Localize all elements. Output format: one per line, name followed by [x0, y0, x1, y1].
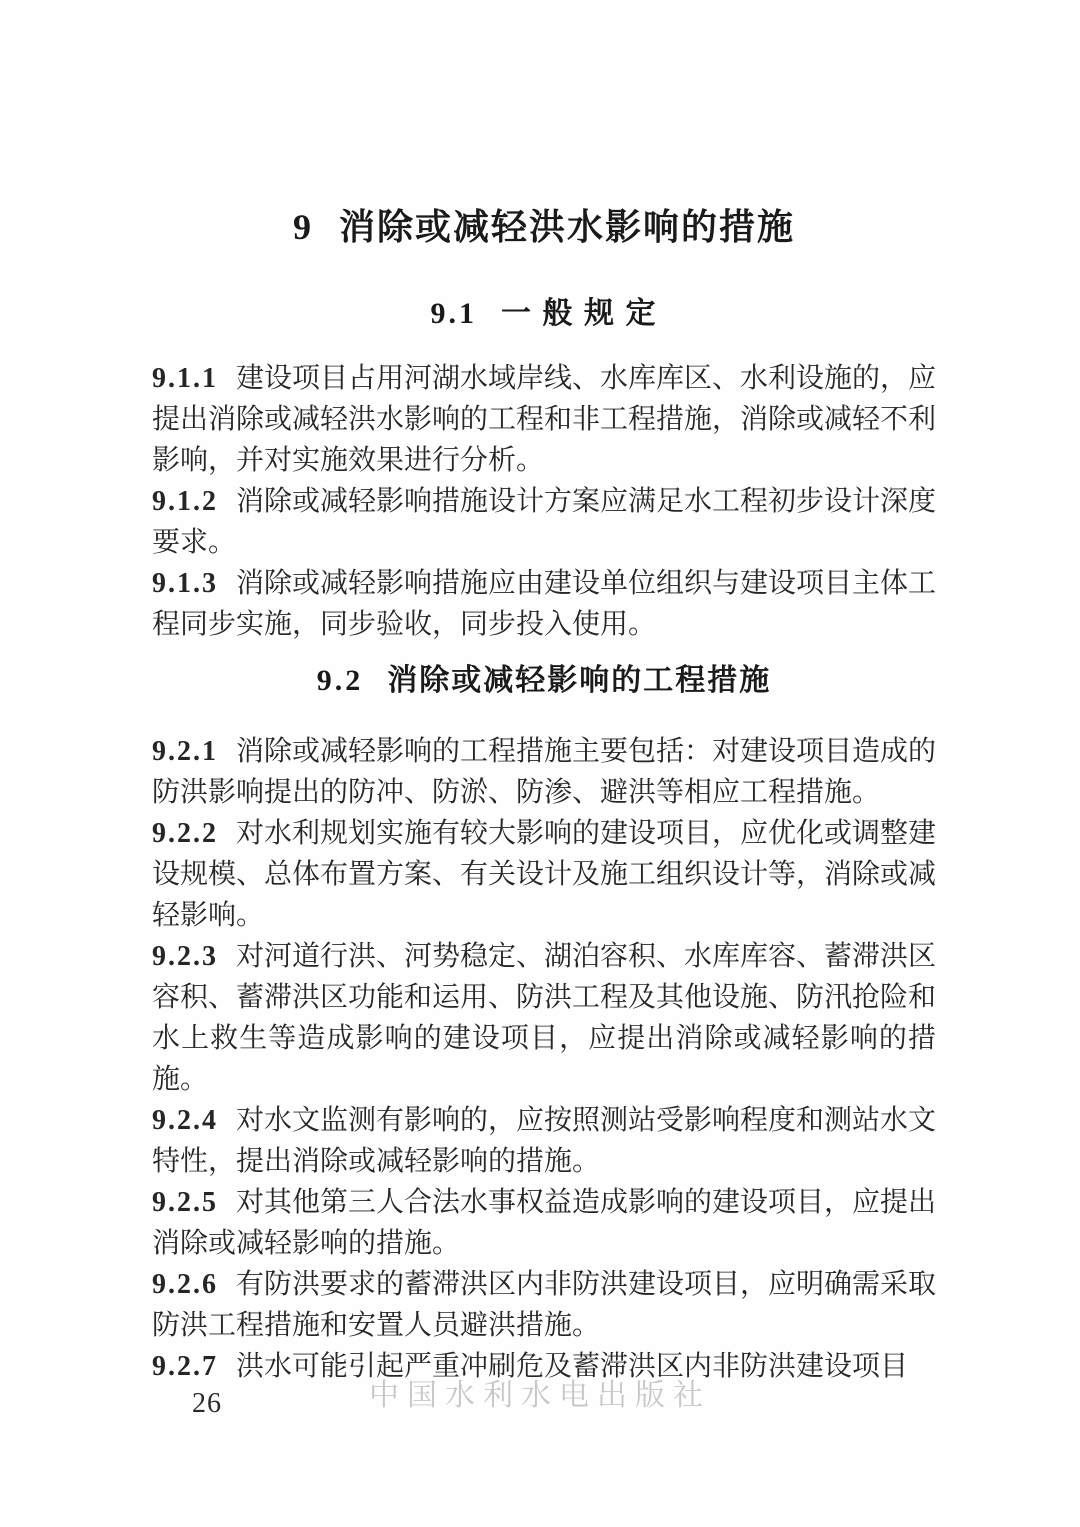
clause-number: 9.1.2	[152, 486, 218, 517]
clause-9-1-3: 9.1.3消除或减轻影响措施应由建设单位组织与建设项目主体工程同步实施，同步验收…	[152, 563, 936, 645]
clause-number: 9.2.5	[152, 1187, 218, 1218]
section-title-text: 一 般 规 定	[501, 297, 658, 330]
chapter-title: 9消除或减轻洪水影响的措施	[152, 202, 936, 252]
clause-9-2-3: 9.2.3对河道行洪、河势稳定、湖泊容积、水库库容、蓄滞洪区容积、蓄滞洪区功能和…	[152, 936, 936, 1100]
section-heading-9-2: 9.2消除或减轻影响的工程措施	[152, 661, 936, 701]
section-heading-9-1: 9.1一 般 规 定	[152, 294, 936, 334]
clause-text: 有防洪要求的蓄滞洪区内非防洪建设项目，应明确需采取防洪工程措施和安置人员避洪措施…	[152, 1269, 936, 1341]
clause-number: 9.2.6	[152, 1269, 218, 1300]
clause-number: 9.2.4	[152, 1105, 218, 1136]
clause-text: 消除或减轻影响措施设计方案应满足水工程初步设计深度要求。	[152, 486, 936, 558]
clause-text: 对水文监测有影响的，应按照测站受影响程度和测站水文特性，提出消除或减轻影响的措施…	[152, 1105, 936, 1177]
document-page: 9消除或减轻洪水影响的措施 9.1一 般 规 定 9.1.1建设项目占用河湖水域…	[0, 0, 1080, 1527]
clause-9-2-2: 9.2.2对水利规划实施有较大影响的建设项目，应优化或调整建设规模、总体布置方案…	[152, 813, 936, 936]
clause-number: 9.2.3	[152, 941, 218, 972]
clause-number: 9.2.7	[152, 1351, 218, 1382]
section-number: 9.1	[431, 297, 478, 330]
chapter-number: 9	[293, 207, 313, 247]
chapter-title-text: 消除或减轻洪水影响的措施	[339, 207, 795, 247]
clause-number: 9.1.1	[152, 363, 218, 394]
clause-9-1-1: 9.1.1建设项目占用河湖水域岸线、水库库区、水利设施的，应提出消除或减轻洪水影…	[152, 358, 936, 481]
clause-text: 消除或减轻影响措施应由建设单位组织与建设项目主体工程同步实施，同步验收，同步投入…	[152, 568, 936, 640]
clause-9-1-2: 9.1.2消除或减轻影响措施设计方案应满足水工程初步设计深度要求。	[152, 481, 936, 563]
clause-number: 9.2.1	[152, 736, 218, 767]
clause-number: 9.2.2	[152, 818, 218, 849]
clause-9-2-1: 9.2.1消除或减轻影响的工程措施主要包括：对建设项目造成的防洪影响提出的防冲、…	[152, 731, 936, 813]
section-title-text: 消除或减轻影响的工程措施	[387, 664, 771, 697]
clause-9-2-4: 9.2.4对水文监测有影响的，应按照测站受影响程度和测站水文特性，提出消除或减轻…	[152, 1100, 936, 1182]
clause-text: 建设项目占用河湖水域岸线、水库库区、水利设施的，应提出消除或减轻洪水影响的工程和…	[152, 363, 936, 476]
page-content: 9消除或减轻洪水影响的措施 9.1一 般 规 定 9.1.1建设项目占用河湖水域…	[152, 202, 936, 1387]
clause-text: 对水利规划实施有较大影响的建设项目，应优化或调整建设规模、总体布置方案、有关设计…	[152, 818, 936, 931]
clause-text: 消除或减轻影响的工程措施主要包括：对建设项目造成的防洪影响提出的防冲、防淤、防渗…	[152, 736, 936, 808]
clause-9-2-7: 9.2.7洪水可能引起严重冲刷危及蓄滞洪区内非防洪建设项目	[152, 1346, 936, 1387]
clause-9-2-5: 9.2.5对其他第三人合法水事权益造成影响的建设项目，应提出消除或减轻影响的措施…	[152, 1182, 936, 1264]
clause-text: 对其他第三人合法水事权益造成影响的建设项目，应提出消除或减轻影响的措施。	[152, 1187, 936, 1259]
clause-number: 9.1.3	[152, 568, 218, 599]
clause-text: 洪水可能引起严重冲刷危及蓄滞洪区内非防洪建设项目	[236, 1351, 908, 1382]
clause-9-2-6: 9.2.6有防洪要求的蓄滞洪区内非防洪建设项目，应明确需采取防洪工程措施和安置人…	[152, 1264, 936, 1346]
clause-text: 对河道行洪、河势稳定、湖泊容积、水库库容、蓄滞洪区容积、蓄滞洪区功能和运用、防洪…	[152, 941, 936, 1095]
page-number: 26	[192, 1388, 222, 1420]
section-number: 9.2	[317, 664, 364, 697]
